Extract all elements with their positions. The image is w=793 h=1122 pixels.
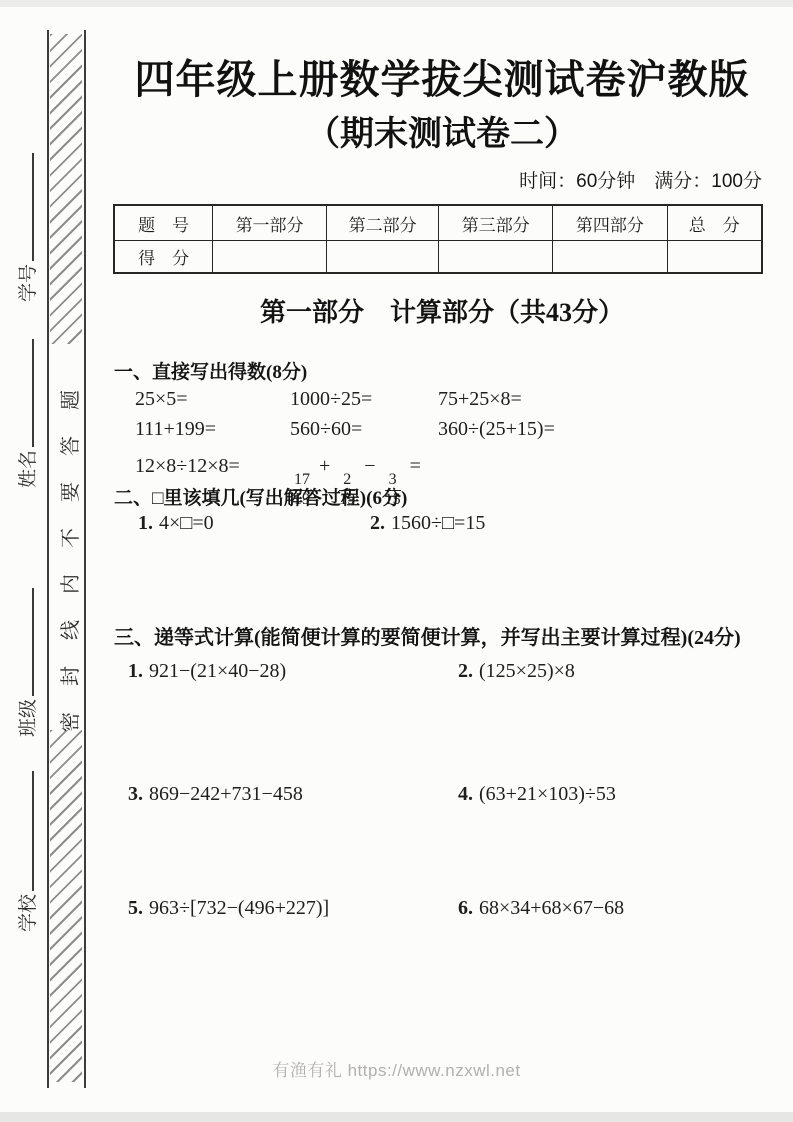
seal-warning-text: 密封线内不要答题	[54, 340, 83, 732]
score-table-score-row: 得 分	[114, 241, 762, 274]
score-cell-part2	[326, 241, 438, 274]
seal-hatch-bottom	[50, 730, 82, 1082]
part3-title: 三、递等式计算(能简便计算的要简便计算，并写出主要计算过程)(24分)	[114, 621, 741, 650]
operator: +	[319, 455, 330, 477]
math-problem: 5.963÷[732−(496+227)]	[128, 893, 329, 923]
math-problem: 6.68×34+68×67−68	[458, 893, 624, 923]
part3-problem-row-3: 5.963÷[732−(496+227)] 6.68×34+68×67−68	[112, 893, 772, 923]
math-problem: 1.4×□=0	[138, 508, 214, 538]
math-problem: 2.(125×25)×8	[458, 656, 575, 686]
field-school: 学校	[13, 757, 40, 932]
exam-subtitle: （期末测试卷二）	[112, 106, 772, 155]
scan-edge-bottom	[0, 1112, 793, 1122]
math-problem: 4.(63+21×103)÷53	[458, 779, 616, 809]
problem-expression: (125×25)×8	[479, 660, 575, 682]
field-name-label: 姓名	[18, 450, 39, 488]
problem-number: 2.	[458, 660, 473, 682]
part1-problem-row-1: 25×5= 1000÷25= 75+25×8=	[112, 384, 772, 414]
math-problem: 1000÷25=	[290, 384, 372, 414]
problem-number: 2.	[370, 512, 385, 534]
math-problem: 560÷60=	[290, 414, 362, 444]
math-problem: 111+199=	[135, 414, 216, 444]
score-table-header-row: 题 号 第一部分 第二部分 第三部分 第四部分 总 分	[114, 205, 762, 241]
math-problem: 25×5=	[135, 384, 188, 414]
problem-number: 6.	[458, 897, 473, 919]
field-school-blank	[18, 771, 34, 891]
operator: −	[364, 455, 375, 477]
field-class-blank	[18, 588, 34, 696]
part3-problem-row-2: 3.869−242+731−458 4.(63+21×103)÷53	[112, 779, 772, 809]
score-header-total: 总 分	[667, 205, 762, 241]
field-name-blank	[18, 339, 34, 447]
math-problem: 3.869−242+731−458	[128, 779, 303, 809]
equals-sign: =	[410, 455, 421, 477]
exam-time-score-info: 时间：60分钟 满分：100分	[112, 166, 762, 193]
score-cell-total	[667, 241, 762, 274]
math-problem: 2.1560÷□=15	[370, 508, 485, 538]
problem-number: 3.	[128, 783, 143, 805]
problem-number: 1.	[128, 660, 143, 682]
part3-problem-row-1: 1.921−(21×40−28) 2.(125×25)×8	[112, 656, 772, 686]
score-cell-part1	[213, 241, 327, 274]
score-header-part2: 第二部分	[326, 205, 438, 241]
part2-title: 二、□里该填几(写出解答过程)(6分)	[114, 483, 407, 510]
problem-number: 4.	[458, 783, 473, 805]
score-header-part3: 第三部分	[439, 205, 553, 241]
score-header-part1: 第一部分	[213, 205, 327, 241]
part1-title: 一、直接写出得数(8分)	[114, 357, 307, 384]
exam-title: 四年级上册数学拔尖测试卷沪教版	[112, 48, 772, 105]
math-problem: 360÷(25+15)=	[438, 414, 555, 444]
part2-problem-row: 1.4×□=0 2.1560÷□=15	[112, 508, 772, 538]
part1-problem-row-2: 111+199= 560÷60= 360÷(25+15)=	[112, 414, 772, 444]
footer-watermark: 有渔有礼 https://www.nzxwl.net	[0, 1056, 793, 1081]
field-class: 班级	[13, 572, 40, 737]
problem-expression: 4×□=0	[159, 512, 214, 534]
field-student-id-blank	[18, 153, 34, 261]
field-class-label: 班级	[18, 699, 39, 737]
seal-line-right	[84, 30, 86, 1088]
problem-expression: 1560÷□=15	[391, 512, 485, 534]
problem-expression: 68×34+68×67−68	[479, 897, 624, 919]
problem-expression: 921−(21×40−28)	[149, 660, 286, 682]
part1-problem-row-3: 12×8÷12×8= 1719 + 219 − 315 =	[112, 444, 772, 488]
seal-hatch-top	[50, 34, 82, 344]
problem-expression: (63+21×103)÷53	[479, 783, 616, 805]
section1-heading: 第一部分 计算部分（共43分）	[112, 292, 772, 329]
problem-expression: 963÷[732−(496+227)]	[149, 897, 329, 919]
field-name: 姓名	[13, 323, 40, 488]
scan-edge-top	[0, 0, 793, 7]
score-cell-part3	[439, 241, 553, 274]
math-problem: 75+25×8=	[438, 384, 522, 414]
score-header-question: 题 号	[114, 205, 213, 241]
problem-expression: 869−242+731−458	[149, 783, 303, 805]
math-problem: 1.921−(21×40−28)	[128, 656, 286, 686]
score-row-label: 得 分	[114, 241, 213, 274]
score-cell-part4	[553, 241, 667, 274]
problem-number: 5.	[128, 897, 143, 919]
math-problem: 12×8÷12×8=	[135, 444, 240, 488]
score-header-part4: 第四部分	[553, 205, 667, 241]
field-school-label: 学校	[18, 894, 39, 932]
score-table: 题 号 第一部分 第二部分 第三部分 第四部分 总 分 得 分	[113, 204, 763, 274]
field-student-id: 学号	[13, 137, 40, 302]
exam-paper-page: 密封线内不要答题 学号 姓名 班级 学校 四年级上册数学拔尖测试卷沪教版 （期末…	[0, 0, 793, 1122]
seal-line-left	[47, 30, 49, 1088]
field-student-id-label: 学号	[18, 264, 39, 302]
problem-number: 1.	[138, 512, 153, 534]
